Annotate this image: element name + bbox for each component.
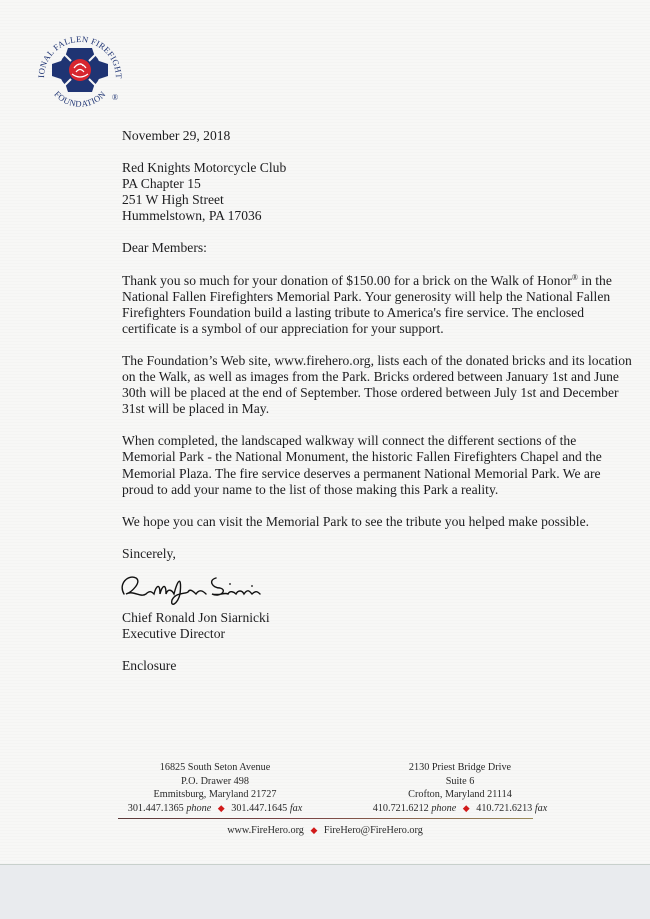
nfff-logo: NATIONAL FALLEN FIREFIGHTERS FOUNDATION … [22, 22, 138, 118]
signer-name: Chief Ronald Jon Siarnicki [122, 610, 632, 626]
paragraph-website-info: The Foundation’s Web site, www.firehero.… [122, 353, 632, 417]
footer-phone-line: 301.447.1365 phone ◆ 301.447.1645 fax [100, 802, 330, 816]
diamond-separator-icon: ◆ [218, 803, 225, 813]
paragraph-donation-thanks: Thank you so much for your donation of $… [122, 273, 632, 337]
recipient-line: 251 W High Street [122, 192, 632, 208]
closing: Sincerely, [122, 546, 632, 562]
diamond-separator-icon: ◆ [463, 803, 470, 813]
letter-page: NATIONAL FALLEN FIREFIGHTERS FOUNDATION … [0, 0, 650, 865]
footer-address-crofton: 2130 Priest Bridge Drive Suite 6 Crofton… [345, 761, 575, 815]
salutation: Dear Members: [122, 240, 632, 256]
recipient-line: Hummelstown, PA 17036 [122, 208, 632, 224]
diamond-separator-icon: ◆ [310, 825, 317, 835]
recipient-line: PA Chapter 15 [122, 176, 632, 192]
letter-body: November 29, 2018 Red Knights Motorcycle… [122, 128, 632, 674]
footer-address-emmitsburg: 16825 South Seton Avenue P.O. Drawer 498… [100, 761, 330, 815]
enclosure-note: Enclosure [122, 658, 632, 674]
footer-phone-line: 410.721.6212 phone ◆ 410.721.6213 fax [345, 802, 575, 816]
rose-icon [69, 59, 91, 81]
recipient-line: Red Knights Motorcycle Club [122, 160, 632, 176]
recipient-address: Red Knights Motorcycle Club PA Chapter 1… [122, 160, 632, 224]
footer-contact-links: www.FireHero.org ◆ FireHero@FireHero.org [0, 825, 650, 836]
website-link[interactable]: www.FireHero.org [227, 825, 304, 836]
email-link[interactable]: FireHero@FireHero.org [324, 825, 423, 836]
svg-text:®: ® [112, 93, 118, 102]
paragraph-memorial-park: When completed, the landscaped walkway w… [122, 433, 632, 497]
letter-date: November 29, 2018 [122, 128, 632, 144]
footer-divider [118, 818, 533, 819]
signer-title: Executive Director [122, 626, 632, 642]
signature-image [116, 564, 266, 610]
scanner-background [0, 865, 650, 919]
paragraph-visit: We hope you can visit the Memorial Park … [122, 514, 632, 530]
